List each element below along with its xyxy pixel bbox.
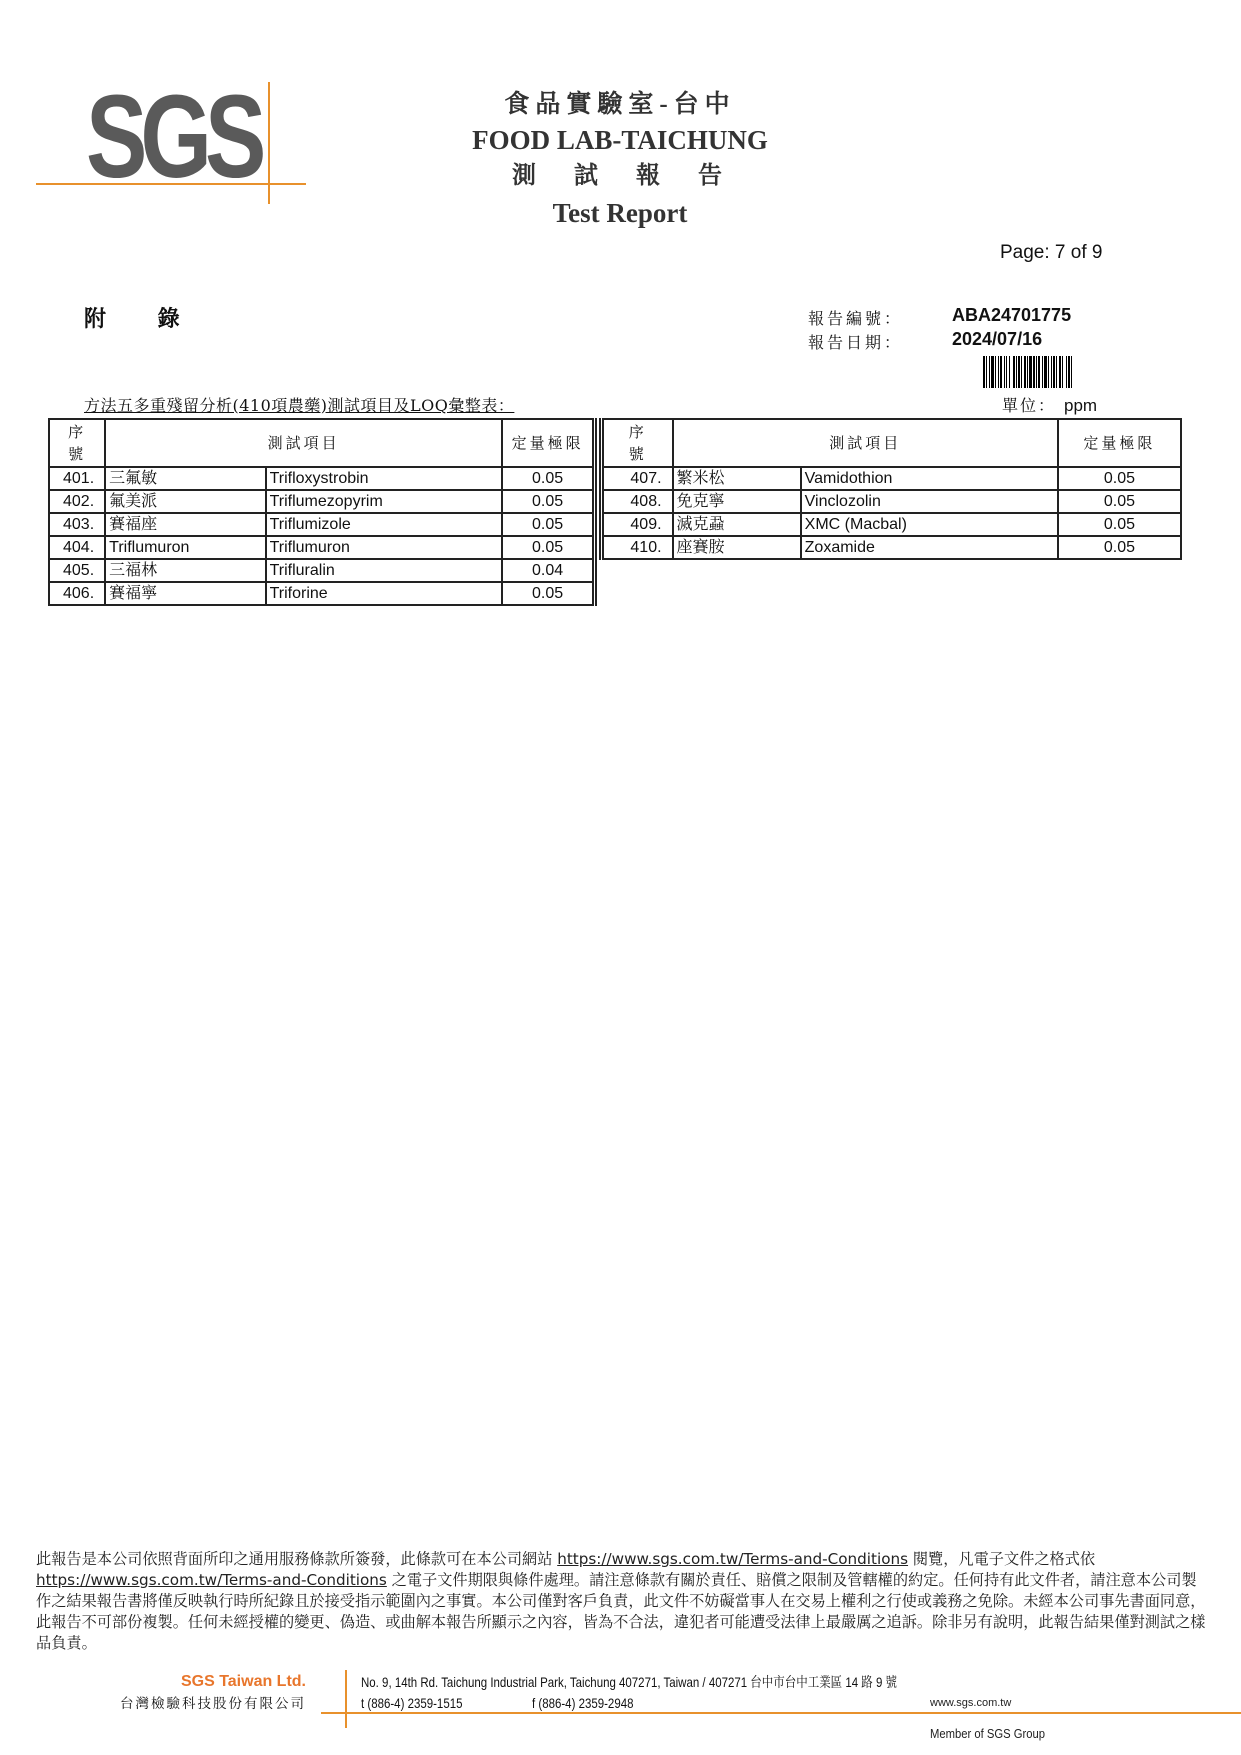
report-no-label: 報告編號：	[808, 306, 903, 329]
loq-table-right: 序號 測試項目 定量極限 407.繁米松Vamidothion0.05408.免…	[599, 418, 1182, 560]
report-title-zh: 測 試 報 告	[420, 158, 820, 194]
header-seq-char: 號	[607, 443, 669, 465]
table-row: 406.賽福寧Triforine0.05	[49, 582, 595, 605]
header-loq: 定量極限	[1058, 419, 1181, 467]
table-row: 404.TriflumuronTriflumuron0.05	[49, 536, 595, 559]
loq-cell: 0.05	[502, 467, 594, 490]
footer-vertical-line	[345, 1670, 347, 1728]
loq-cell: 0.05	[1058, 490, 1181, 513]
name-zh-cell: 賽福寧	[105, 582, 265, 605]
name-en-cell: Triforine	[266, 582, 503, 605]
seq-cell: 404.	[49, 536, 105, 559]
logo-vertical-line	[268, 82, 270, 204]
header-seq-char: 序	[607, 421, 669, 443]
loq-cell: 0.04	[502, 559, 594, 582]
company-name: SGS Taiwan Ltd. 台灣檢驗科技股份有限公司	[100, 1671, 306, 1715]
report-date-label: 報告日期：	[808, 330, 903, 353]
appendix-heading: 附 錄	[84, 302, 202, 333]
name-en-cell: Triflumezopyrim	[266, 490, 503, 513]
name-en-cell: Trifloxystrobin	[266, 467, 503, 490]
header-test-item: 測試項目	[673, 419, 1058, 467]
report-no: ABA24701775	[952, 305, 1071, 326]
name-zh-cell: 繁米松	[673, 467, 801, 490]
loq-cell: 0.05	[502, 490, 594, 513]
seq-cell: 405.	[49, 559, 105, 582]
name-zh-cell: Triflumuron	[105, 536, 265, 559]
table-row: 405.三福林Trifluralin0.04	[49, 559, 595, 582]
logo-underline-extension	[236, 183, 306, 185]
name-zh-cell: 三氟敏	[105, 467, 265, 490]
company-name-en: SGS Taiwan Ltd.	[100, 1671, 306, 1693]
header-seq-char: 號	[53, 443, 101, 465]
company-fax: f (886-4) 2359-2948	[532, 1693, 633, 1713]
table-row: 402.氟美派Triflumezopyrim0.05	[49, 490, 595, 513]
company-phone: t (886-4) 2359-1515	[361, 1693, 462, 1713]
name-zh-cell: 賽福座	[105, 513, 265, 536]
seq-cell: 409.	[602, 513, 673, 536]
table-row: 403.賽福座Triflumizole0.05	[49, 513, 595, 536]
seq-cell: 410.	[602, 536, 673, 559]
company-name-zh: 台灣檢驗科技股份有限公司	[100, 1693, 306, 1715]
loq-cell: 0.05	[1058, 513, 1181, 536]
report-header: 食品實驗室-台中 FOOD LAB-TAICHUNG 測 試 報 告 Test …	[420, 88, 820, 232]
seq-cell: 406.	[49, 582, 105, 605]
header-seq-char: 序	[53, 421, 101, 443]
loq-cell: 0.05	[502, 513, 594, 536]
header-test-item: 測試項目	[105, 419, 502, 467]
name-en-cell: Vinclozolin	[801, 490, 1058, 513]
logo-underline	[36, 183, 258, 185]
unit-value: ppm	[1064, 396, 1097, 415]
name-zh-cell: 滅克蝨	[673, 513, 801, 536]
loq-cell: 0.05	[502, 536, 594, 559]
unit-label: 單位：	[1002, 396, 1056, 415]
seq-cell: 408.	[602, 490, 673, 513]
terms-link[interactable]: https://www.sgs.com.tw/Terms-and-Conditi…	[36, 1571, 387, 1589]
name-en-cell: XMC (Macbal)	[801, 513, 1058, 536]
name-en-cell: Vamidothion	[801, 467, 1058, 490]
disclaimer-text: 此報告是本公司依照背面所印之通用服務條款所簽發，此條款可在本公司網站	[36, 1550, 557, 1568]
table-row: 409.滅克蝨XMC (Macbal)0.05	[602, 513, 1182, 536]
table-row: 408.免克寧Vinclozolin0.05	[602, 490, 1182, 513]
name-zh-cell: 氟美派	[105, 490, 265, 513]
loq-table-left: 序號 測試項目 定量極限 401.三氟敏Trifloxystrobin0.054…	[48, 418, 597, 606]
seq-cell: 407.	[602, 467, 673, 490]
table-title: 方法五多重殘留分析(410項農藥)測試項目及LOQ彙整表：	[84, 393, 514, 416]
name-zh-cell: 免克寧	[673, 490, 801, 513]
table-row: 410.座賽胺Zoxamide0.05	[602, 536, 1182, 559]
name-en-cell: Triflumuron	[266, 536, 503, 559]
seq-cell: 401.	[49, 467, 105, 490]
company-address: No. 9, 14th Rd. Taichung Industrial Park…	[361, 1671, 897, 1693]
loq-cell: 0.05	[1058, 536, 1181, 559]
report-date: 2024/07/16	[952, 329, 1042, 350]
name-en-cell: Trifluralin	[266, 559, 503, 582]
name-en-cell: Zoxamide	[801, 536, 1058, 559]
header-seq: 序號	[49, 419, 105, 467]
table-row: 407.繁米松Vamidothion0.05	[602, 467, 1182, 490]
header-loq: 定量極限	[502, 419, 594, 467]
page-number: Page: 7 of 9	[1000, 242, 1102, 264]
lab-name-zh: 食品實驗室-台中	[420, 88, 820, 122]
terms-link[interactable]: https://www.sgs.com.tw/Terms-and-Conditi…	[557, 1550, 908, 1568]
barcode-icon	[983, 356, 1151, 388]
lab-name-en: FOOD LAB-TAICHUNG	[420, 122, 820, 158]
legal-disclaimer: 此報告是本公司依照背面所印之通用服務條款所簽發，此條款可在本公司網站 https…	[36, 1549, 1206, 1654]
header-seq: 序號	[602, 419, 673, 467]
report-title-en: Test Report	[420, 194, 820, 232]
table-row: 401.三氟敏Trifloxystrobin0.05	[49, 467, 595, 490]
member-of-group: Member of SGS Group	[930, 1727, 1045, 1741]
seq-cell: 402.	[49, 490, 105, 513]
name-zh-cell: 三福林	[105, 559, 265, 582]
loq-cell: 0.05	[1058, 467, 1181, 490]
company-website[interactable]: www.sgs.com.tw	[930, 1697, 1011, 1709]
name-zh-cell: 座賽胺	[673, 536, 801, 559]
seq-cell: 403.	[49, 513, 105, 536]
loq-cell: 0.05	[502, 582, 594, 605]
disclaimer-text: 閱覽，凡電子文件之格式依	[908, 1550, 1095, 1568]
unit-indicator: 單位：ppm	[1002, 393, 1097, 416]
sgs-logo: SGS	[86, 82, 233, 192]
name-en-cell: Triflumizole	[266, 513, 503, 536]
